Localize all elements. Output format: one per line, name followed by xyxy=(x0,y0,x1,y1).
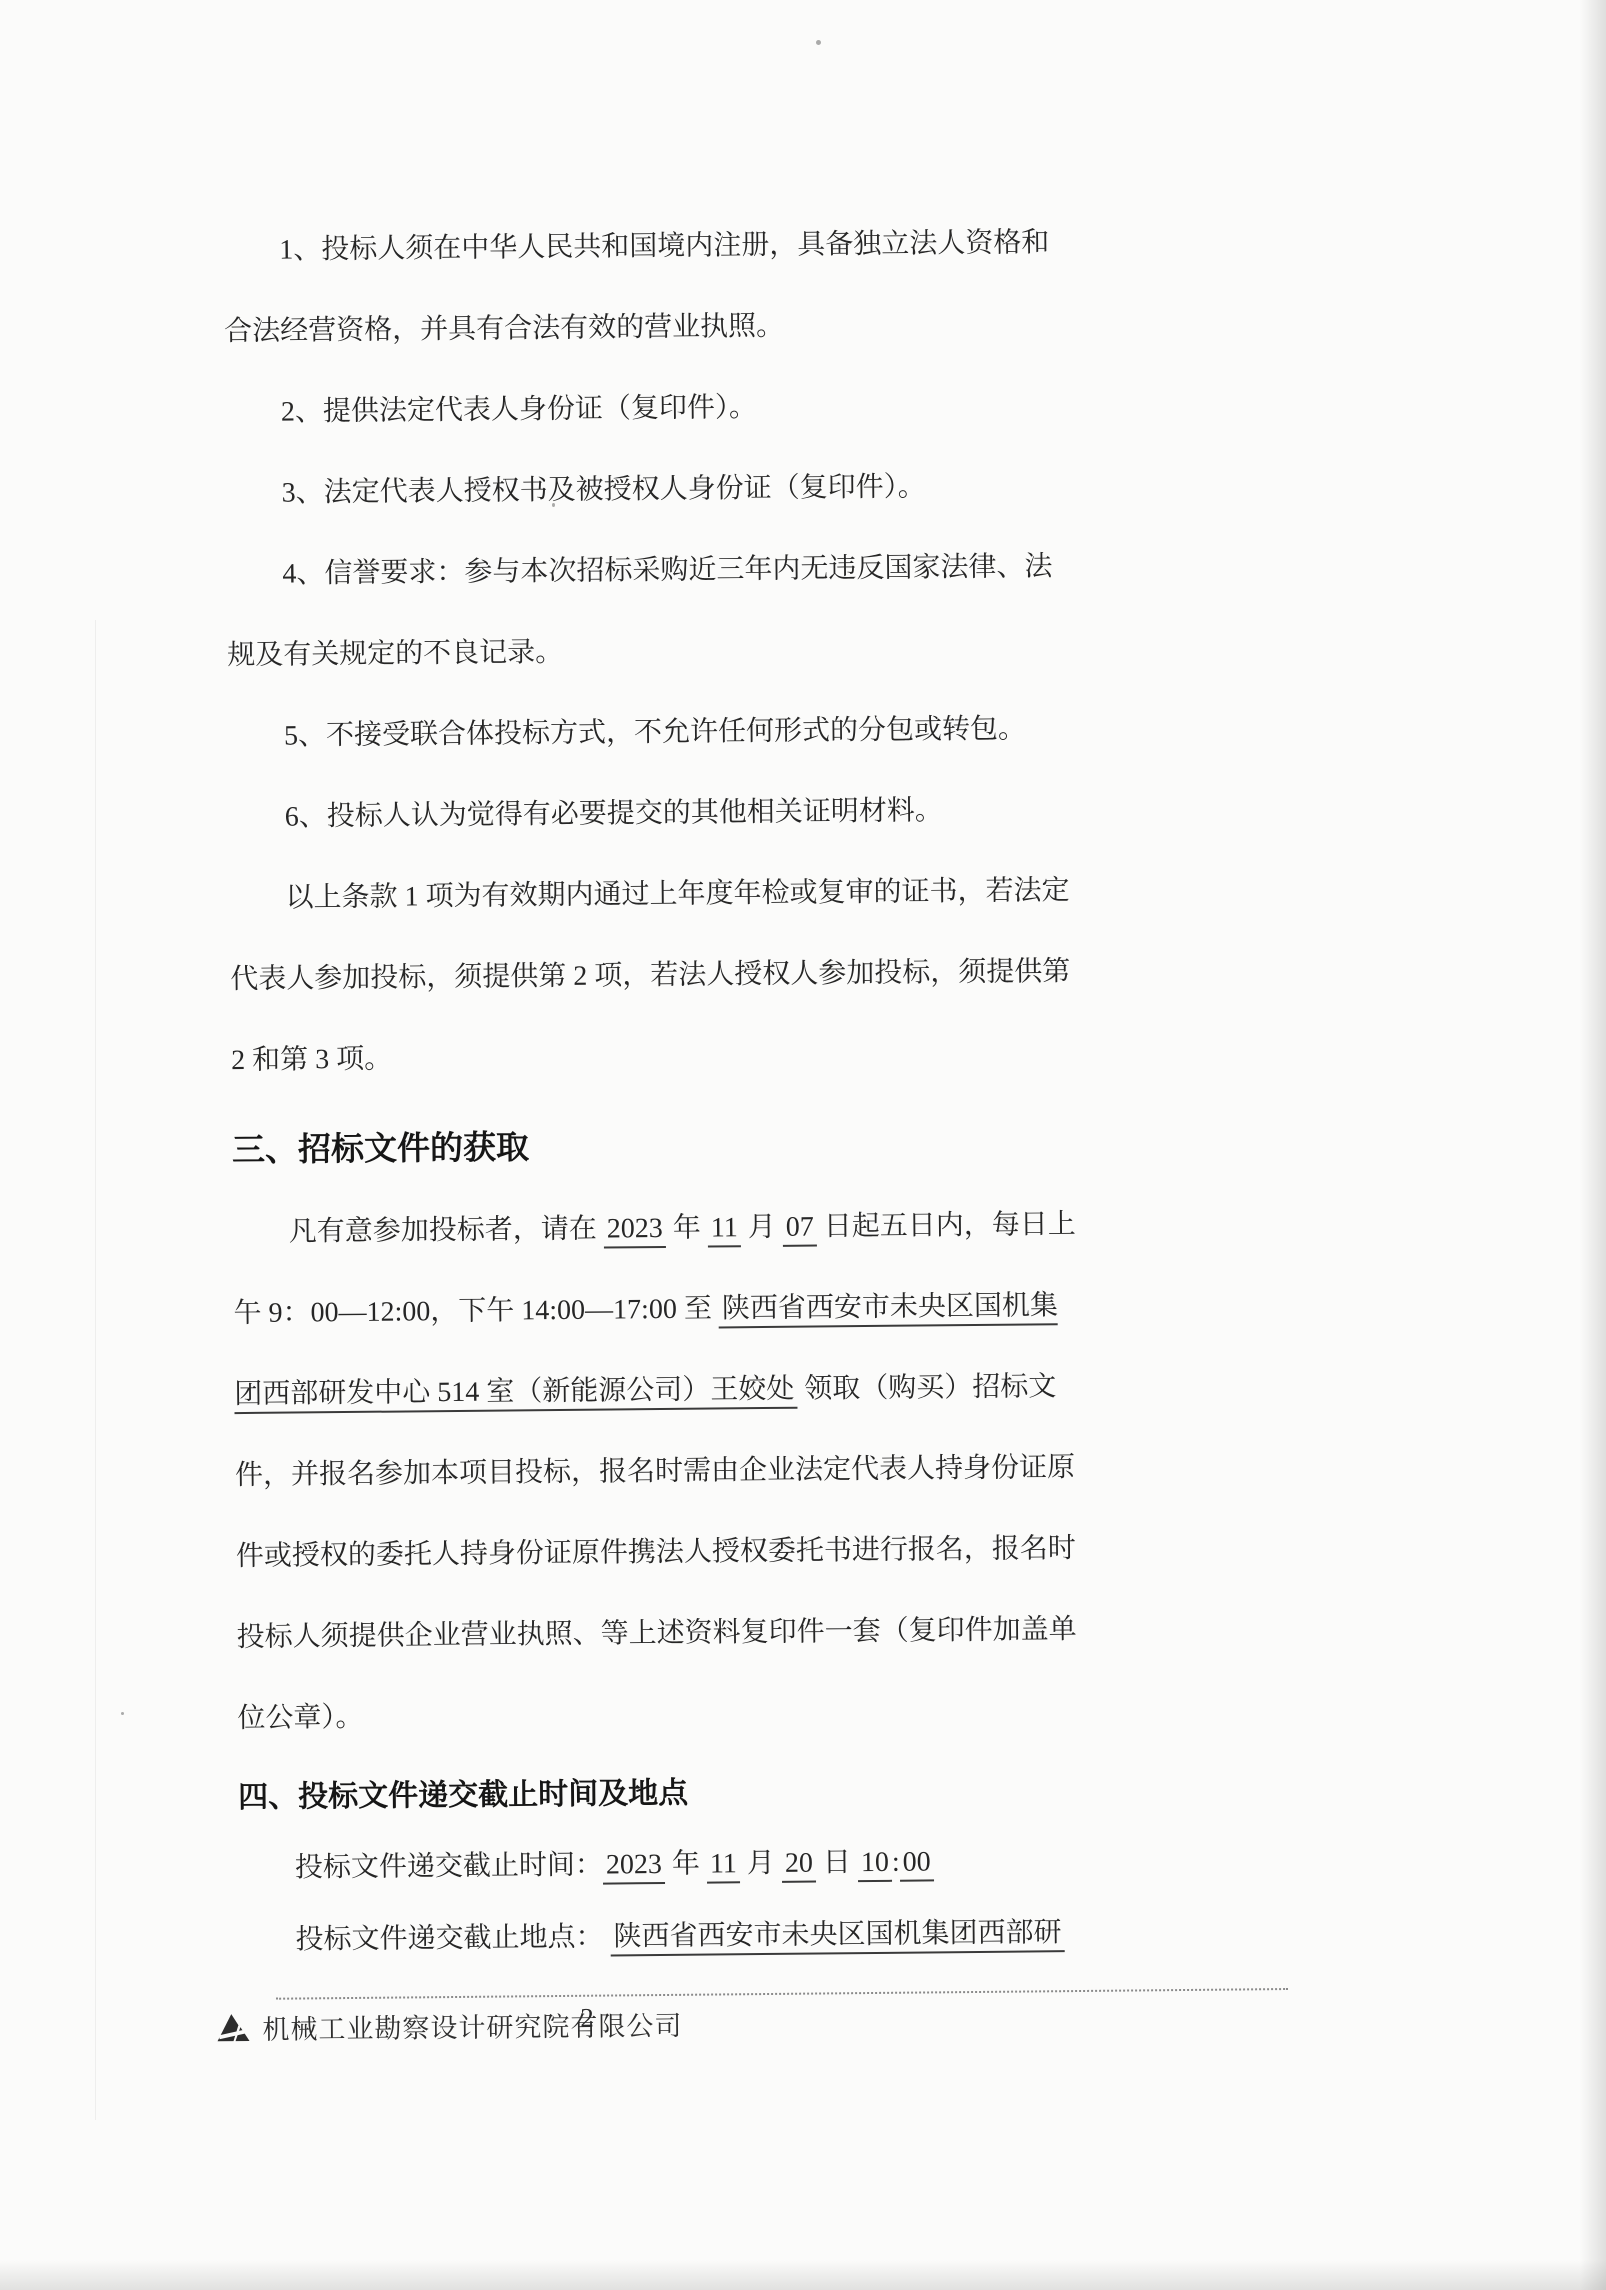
qualification-item-5: 5、不接受联合体投标方式，不允许任何形式的分包或转包。 xyxy=(228,688,1074,777)
footer-divider xyxy=(276,1988,1288,2000)
deadline-year-underlined: 2023 xyxy=(603,1849,665,1885)
scan-speck xyxy=(121,1712,124,1715)
page-footer: 机械工业勘察设计研究院有限公司 xyxy=(214,2004,682,2047)
scan-speck xyxy=(552,503,555,507)
text-run: 月 xyxy=(741,1212,783,1243)
deadline-minute-underlined: 00 xyxy=(900,1846,934,1881)
obtain-start-day-underlined: 07 xyxy=(783,1211,817,1246)
scan-speck xyxy=(816,40,821,45)
qualification-item-3: 3、法定代表人授权书及被授权人身份证（复印件）。 xyxy=(225,445,1071,534)
text-run: 年 xyxy=(666,1213,708,1244)
text-run: 领取（购买）招标文件，并报名参加本项目投标，报名时需由企业法定代表人持身份证原件… xyxy=(235,1371,1077,1734)
deadline-month-underlined: 11 xyxy=(707,1848,740,1883)
scanned-page: 1、投标人须在中华人民共和国境内注册，具备独立法人资格和合法经营资格，并具有合法… xyxy=(0,0,1606,2290)
scan-edge-shadow-right xyxy=(1580,0,1606,2290)
deadline-place-line: 投标文件递交截止地点： 陕西省西安市未央区国机集团西部研 xyxy=(239,1897,1085,1977)
text-run: 年 xyxy=(665,1849,707,1880)
section-4-heading: 四、投标文件递交截止时间及地点 xyxy=(238,1755,1084,1833)
company-logo-icon xyxy=(214,2010,252,2044)
deadline-time-line: 投标文件递交截止时间：2023 年 11 月 20 日 10:00 xyxy=(239,1825,1085,1905)
page-number: 2 xyxy=(580,2003,594,2034)
text-run: 凡有意参加投标者，请在 xyxy=(289,1214,604,1248)
obtain-start-month-underlined: 11 xyxy=(708,1212,741,1247)
time-separator: : xyxy=(892,1847,900,1878)
qualification-item-4: 4、信誉要求：参与本次招标采购近三年内无违反国家法律、法规及有关规定的不良记录。 xyxy=(226,526,1073,696)
section-3-heading: 三、招标文件的获取 xyxy=(232,1103,1078,1192)
qualification-item-2: 2、提供法定代表人身份证（复印件）。 xyxy=(225,364,1071,453)
deadline-place-underlined: 陕西省西安市未央区国机集团西部研 xyxy=(610,1917,1064,1956)
deadline-place-label: 投标文件递交截止地点： xyxy=(295,1922,610,1956)
qualification-item-1: 1、投标人须在中华人民共和国境内注册，具备独立法人资格和合法经营资格，并具有合法… xyxy=(223,202,1070,372)
deadline-hour-underlined: 10 xyxy=(858,1847,892,1882)
text-run: 日 xyxy=(816,1847,858,1878)
deadline-day-underlined: 20 xyxy=(782,1848,816,1883)
page-content: 1、投标人须在中华人民共和国境内注册，具备独立法人资格和合法经营资格，并具有合法… xyxy=(0,0,1606,2290)
scan-crease-line xyxy=(95,620,96,2120)
scan-edge-shadow-bottom xyxy=(0,2260,1606,2290)
text-run: 月 xyxy=(740,1848,782,1879)
section-3-paragraph: 凡有意参加投标者，请在 2023 年 11 月 07 日起五日内，每日上午 9：… xyxy=(232,1184,1082,1759)
deadline-time-label: 投标文件递交截止时间： xyxy=(295,1850,603,1884)
qualification-item-6: 6、投标人认为觉得有必要提交的其他相关证明材料。 xyxy=(228,769,1074,858)
obtain-start-year-underlined: 2023 xyxy=(604,1213,666,1249)
footer-company-name: 机械工业勘察设计研究院有限公司 xyxy=(262,2004,682,2047)
document-body: 1、投标人须在中华人民共和国境内注册，具备独立法人资格和合法经营资格，并具有合法… xyxy=(223,202,1085,1977)
note-paragraph: 以上条款 1 项为有效期内通过上年度年检或复审的证书，若法定代表人参加投标，须提… xyxy=(229,850,1076,1101)
